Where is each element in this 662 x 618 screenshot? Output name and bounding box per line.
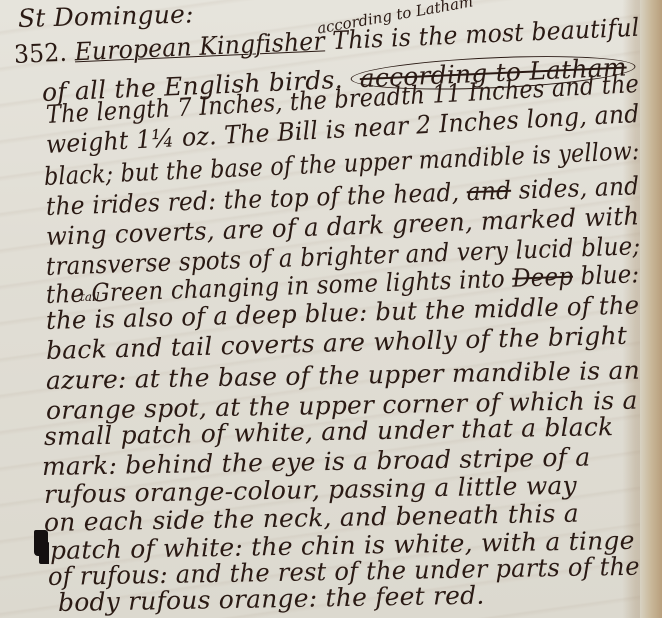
page-edge <box>640 0 662 618</box>
line-text: body rufous orange: the feet red. <box>58 581 485 617</box>
struck-text: Deep <box>512 262 574 293</box>
struck-text: and <box>466 176 511 207</box>
entry-number: 352. <box>13 38 67 69</box>
line-text: sides, and <box>518 171 640 204</box>
manuscript-line: St Domingue: <box>18 0 194 33</box>
manuscript-line: body rufous orange: the feet red. <box>58 581 485 617</box>
manuscript-page: St Domingue: according to Latham 352. Eu… <box>0 0 662 618</box>
insertion-note: tail <box>80 290 100 304</box>
line-text: St Domingue: <box>18 0 194 33</box>
line-text: blue: <box>580 259 640 290</box>
entry-title: European Kingfisher <box>74 26 325 66</box>
ink-blot <box>34 530 48 556</box>
